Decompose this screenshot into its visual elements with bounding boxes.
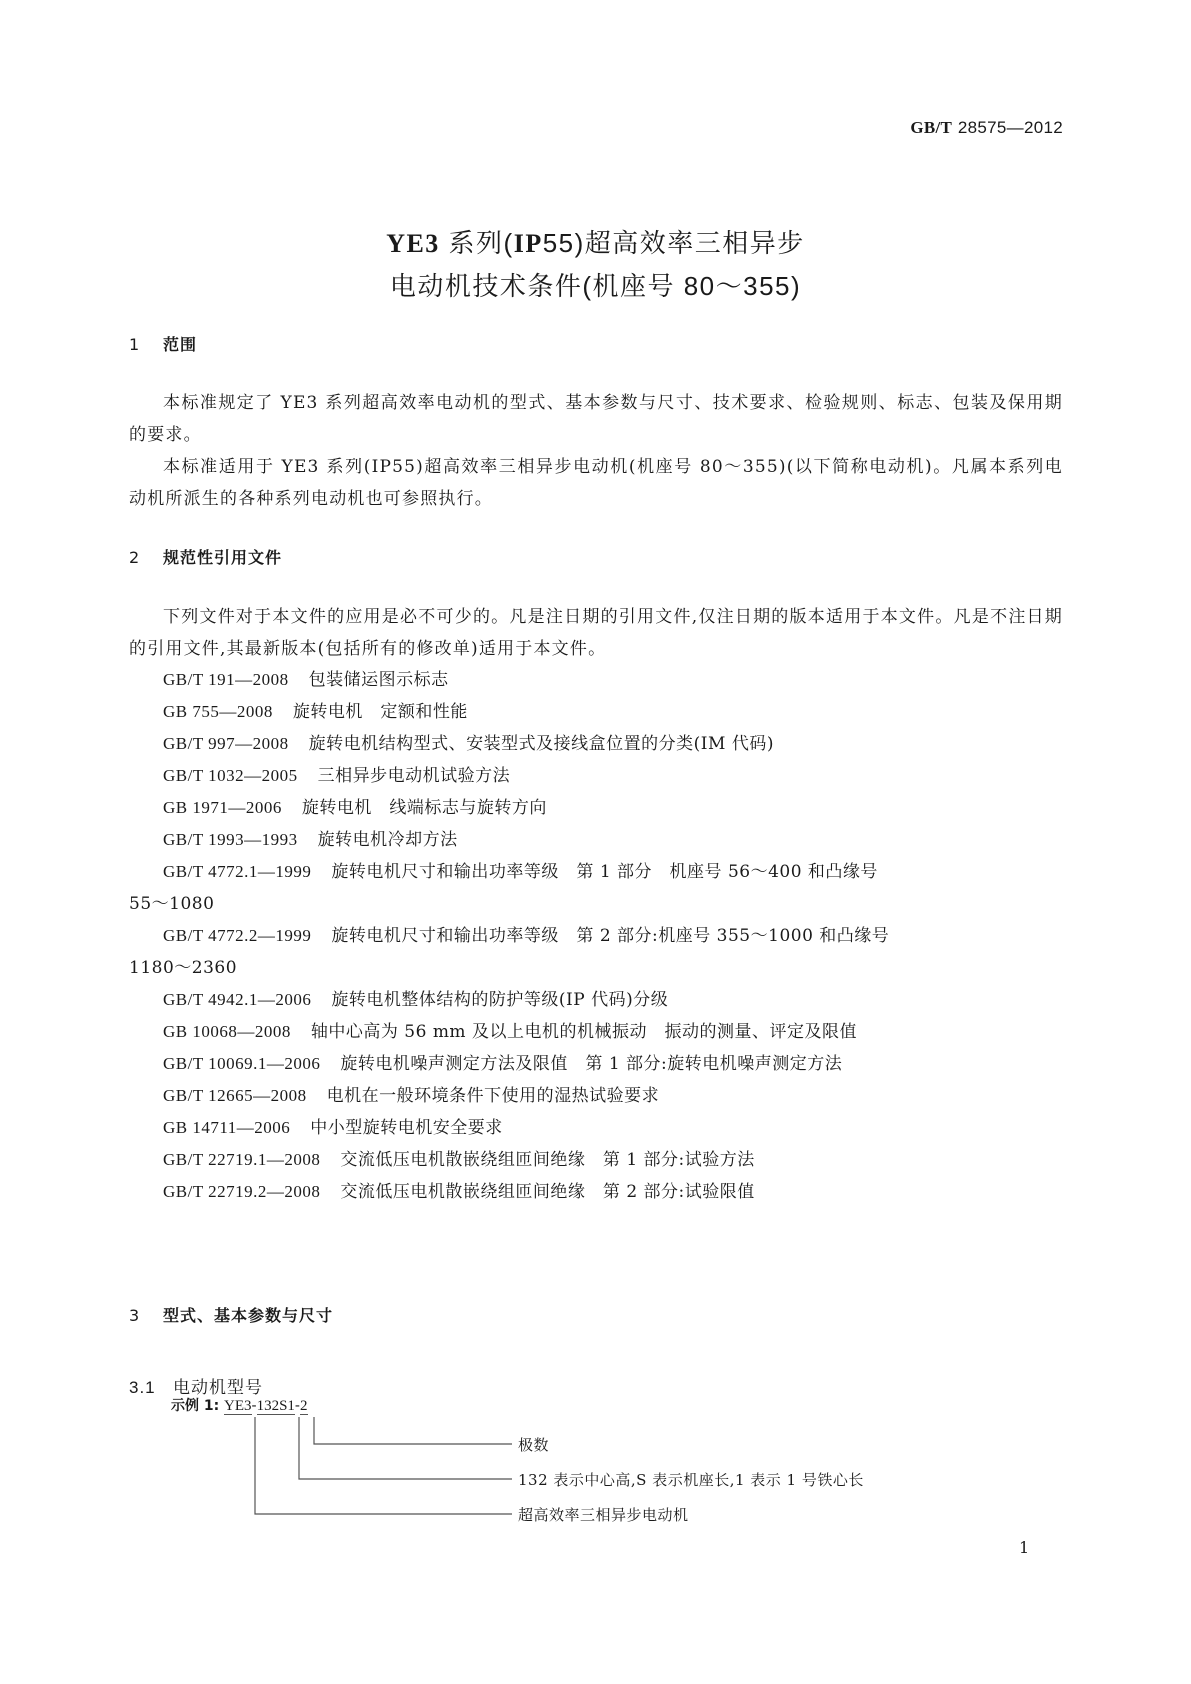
reference-item: GB/T 4942.1—2006旋转电机整体结构的防护等级(IP 代码)分级	[129, 984, 1063, 1016]
title-line-2: 电动机技术条件(机座号 80～355)	[0, 265, 1191, 307]
reference-title: 三相异步电动机试验方法	[318, 766, 511, 786]
title-line-1: YE3 系列(IP55)超高效率三相异步	[0, 222, 1191, 265]
section-number: 3	[129, 1306, 163, 1325]
model-part-series: YE3	[224, 1398, 252, 1415]
section-number: 1	[129, 335, 163, 354]
reference-item: GB/T 4772.1—1999旋转电机尺寸和输出功率等级 第 1 部分 机座号…	[129, 856, 1063, 888]
reference-code: GB/T 4772.1—1999	[163, 862, 311, 881]
reference-item: GB 1971—2006旋转电机 线端标志与旋转方向	[129, 792, 1063, 824]
section-heading-1: 1范围	[129, 332, 197, 355]
reference-code: GB/T 12665—2008	[163, 1086, 307, 1105]
model-separator: -	[252, 1396, 257, 1414]
title-text: 系列(	[440, 228, 514, 258]
reference-item: GB/T 10069.1—2006旋转电机噪声测定方法及限值 第 1 部分:旋转…	[129, 1048, 1063, 1080]
reference-title: 轴中心高为 56 mm 及以上电机的机械振动 振动的测量、评定及限值	[311, 1022, 857, 1042]
reference-title: 旋转电机噪声测定方法及限值 第 1 部分:旋转电机噪声测定方法	[340, 1054, 842, 1074]
document-title: YE3 系列(IP55)超高效率三相异步 电动机技术条件(机座号 80～355)	[0, 222, 1191, 307]
section-title: 型式、基本参数与尺寸	[163, 1306, 333, 1325]
reference-title: 旋转电机 线端标志与旋转方向	[302, 798, 547, 818]
reference-item: GB/T 1032—2005三相异步电动机试验方法	[129, 760, 1063, 792]
model-part-poles: 2	[300, 1398, 308, 1415]
reference-code: GB/T 1993—1993	[163, 830, 298, 849]
reference-code: GB 1971—2006	[163, 798, 282, 817]
reference-code: GB 755—2008	[163, 702, 273, 721]
standard-code: 28575—2012	[958, 118, 1063, 137]
model-part-frame: 132S1	[257, 1398, 295, 1415]
reference-code: GB/T 997—2008	[163, 734, 289, 753]
reference-item: GB/T 22719.1—2008交流低压电机散嵌绕组匝间绝缘 第 1 部分:试…	[129, 1144, 1063, 1176]
reference-code: GB/T 191—2008	[163, 670, 289, 689]
reference-code: GB/T 10069.1—2006	[163, 1054, 320, 1073]
reference-title: 旋转电机冷却方法	[318, 830, 458, 850]
section-1-body: 本标准规定了 YE3 系列超高效率电动机的型式、基本参数与尺寸、技术要求、检验规…	[129, 387, 1063, 515]
title-model: YE3	[386, 229, 440, 258]
reference-continuation: 1180～2360	[129, 952, 1063, 984]
reference-item: GB 10068—2008轴中心高为 56 mm 及以上电机的机械振动 振动的测…	[129, 1016, 1063, 1048]
reference-code: GB/T 22719.2—2008	[163, 1182, 320, 1201]
section-title: 规范性引用文件	[163, 548, 282, 567]
reference-title: 包装储运图示标志	[309, 670, 449, 690]
reference-item: GB/T 4772.2—1999旋转电机尺寸和输出功率等级 第 2 部分:机座号…	[129, 920, 1063, 952]
paragraph: 本标准规定了 YE3 系列超高效率电动机的型式、基本参数与尺寸、技术要求、检验规…	[129, 387, 1063, 451]
section-heading-3: 3型式、基本参数与尺寸	[129, 1303, 333, 1326]
reference-code: GB/T 1032—2005	[163, 766, 298, 785]
title-text: 55)超高效率三相异步	[543, 228, 805, 258]
reference-item: GB/T 1993—1993旋转电机冷却方法	[129, 824, 1063, 856]
reference-item: GB/T 22719.2—2008交流低压电机散嵌绕组匝间绝缘 第 2 部分:试…	[129, 1176, 1063, 1208]
reference-title: 中小型旋转电机安全要求	[310, 1118, 503, 1138]
legend-poles: 极数	[518, 1434, 549, 1455]
section-number: 2	[129, 548, 163, 567]
standard-number: GB/T 28575—2012	[910, 118, 1063, 138]
reference-title: 旋转电机整体结构的防护等级(IP 代码)分级	[331, 990, 668, 1010]
subsection-number: 3.1	[129, 1378, 173, 1398]
reference-code: GB/T 4772.2—1999	[163, 926, 311, 945]
reference-item: GB/T 12665—2008电机在一般环境条件下使用的湿热试验要求	[129, 1080, 1063, 1112]
reference-title: 旋转电机尺寸和输出功率等级 第 1 部分 机座号 56～400 和凸缘号	[331, 862, 878, 882]
title-ip: IP	[514, 229, 543, 258]
reference-title: 交流低压电机散嵌绕组匝间绝缘 第 1 部分:试验方法	[340, 1150, 754, 1170]
paragraph: 本标准适用于 YE3 系列(IP55)超高效率三相异步电动机(机座号 80～35…	[129, 451, 1063, 515]
reference-title: 旋转电机 定额和性能	[293, 702, 468, 722]
reference-code: GB/T 22719.1—2008	[163, 1150, 320, 1169]
reference-list: GB/T 191—2008包装储运图示标志 GB 755—2008旋转电机 定额…	[129, 664, 1063, 1208]
standard-prefix: GB/T	[910, 118, 952, 137]
legend-frame: 132 表示中心高,S 表示机座长,1 表示 1 号铁心长	[518, 1469, 864, 1490]
reference-code: GB/T 4942.1—2006	[163, 990, 311, 1009]
page-number: 1	[1019, 1538, 1029, 1557]
reference-title: 电机在一般环境条件下使用的湿热试验要求	[327, 1086, 660, 1106]
section-heading-2: 2规范性引用文件	[129, 545, 282, 568]
legend-series: 超高效率三相异步电动机	[518, 1504, 689, 1525]
reference-item: GB 14711—2006中小型旋转电机安全要求	[129, 1112, 1063, 1144]
paragraph: 下列文件对于本文件的应用是必不可少的。凡是注日期的引用文件,仅注日期的版本适用于…	[129, 601, 1063, 665]
reference-title: 旋转电机尺寸和输出功率等级 第 2 部分:机座号 355～1000 和凸缘号	[331, 926, 889, 946]
reference-code: GB 14711—2006	[163, 1118, 290, 1137]
reference-item: GB/T 191—2008包装储运图示标志	[129, 664, 1063, 696]
reference-continuation: 55～1080	[129, 888, 1063, 920]
reference-title: 旋转电机结构型式、安装型式及接线盒位置的分类(IM 代码)	[309, 734, 774, 754]
reference-item: GB 755—2008旋转电机 定额和性能	[129, 696, 1063, 728]
reference-item: GB/T 997—2008旋转电机结构型式、安装型式及接线盒位置的分类(IM 代…	[129, 728, 1063, 760]
reference-title: 交流低压电机散嵌绕组匝间绝缘 第 2 部分:试验限值	[340, 1182, 754, 1202]
section-2-intro: 下列文件对于本文件的应用是必不可少的。凡是注日期的引用文件,仅注日期的版本适用于…	[129, 601, 1063, 665]
reference-code: GB 10068—2008	[163, 1022, 291, 1041]
example-label: 示例 1:	[171, 1398, 219, 1414]
model-example: 示例 1: YE3-132S1-2	[171, 1395, 308, 1415]
section-title: 范围	[163, 335, 197, 354]
